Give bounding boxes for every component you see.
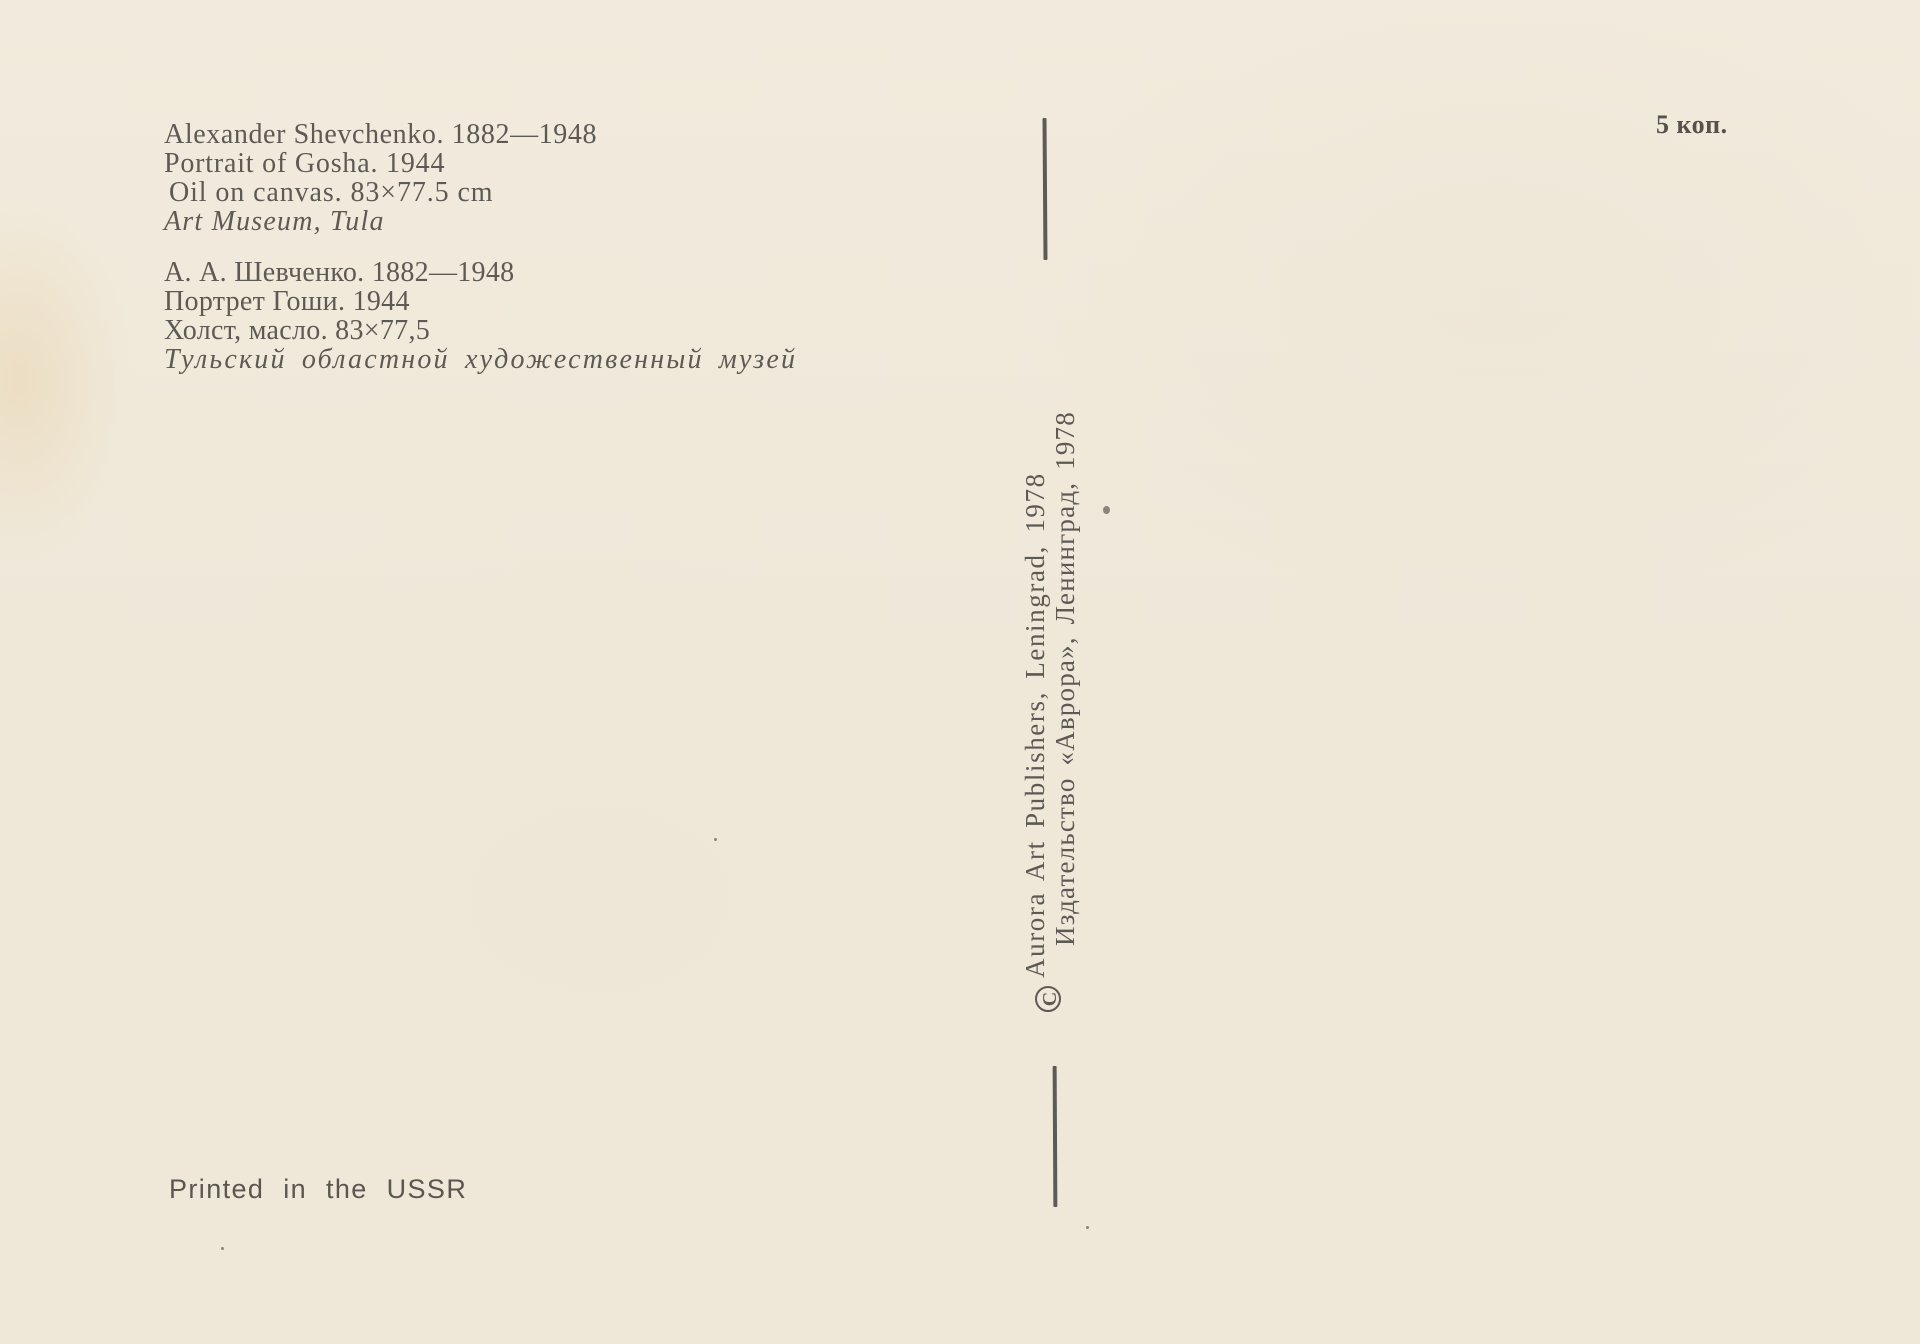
paper-speck	[1086, 1226, 1089, 1229]
price-label: 5 коп.	[1656, 110, 1728, 140]
artist-name-ru: А. А. Шевченко. 1882—1948	[164, 258, 797, 287]
paper-speck	[714, 838, 717, 841]
paper-speck	[1103, 506, 1110, 514]
divider-line-top	[1043, 118, 1048, 260]
publisher-en: Aurora Art Publishers, Leningrad, 1978	[1020, 411, 1050, 978]
museum-ru: Тульский областной художественный музей	[164, 345, 797, 374]
artist-name-en: Alexander Shevchenko. 1882—1948	[164, 120, 597, 149]
copyright-icon: C	[1035, 986, 1061, 1012]
postcard-back: Alexander Shevchenko. 1882—1948 Portrait…	[0, 0, 1920, 1344]
artwork-medium-ru: Холст, масло. 83×77,5	[164, 316, 797, 345]
divider-line-bottom	[1053, 1066, 1058, 1207]
russian-caption: А. А. Шевченко. 1882—1948 Портрет Гоши. …	[164, 258, 797, 374]
publisher-imprint: C Aurora Art Publishers, Leningrad, 1978…	[1020, 312, 1080, 1012]
artwork-medium-en: Oil on canvas. 83×77.5 cm	[164, 178, 597, 207]
museum-en: Art Museum, Tula	[164, 207, 597, 236]
paper-speck	[221, 1247, 224, 1250]
printed-in-ussr: Printed in the USSR	[169, 1174, 467, 1205]
artwork-title-en: Portrait of Gosha. 1944	[164, 149, 597, 178]
publisher-ru: Издательство «Аврора», Ленинград, 1978	[1050, 411, 1080, 978]
artwork-title-ru: Портрет Гоши. 1944	[164, 287, 797, 316]
english-caption: Alexander Shevchenko. 1882—1948 Portrait…	[164, 120, 597, 236]
